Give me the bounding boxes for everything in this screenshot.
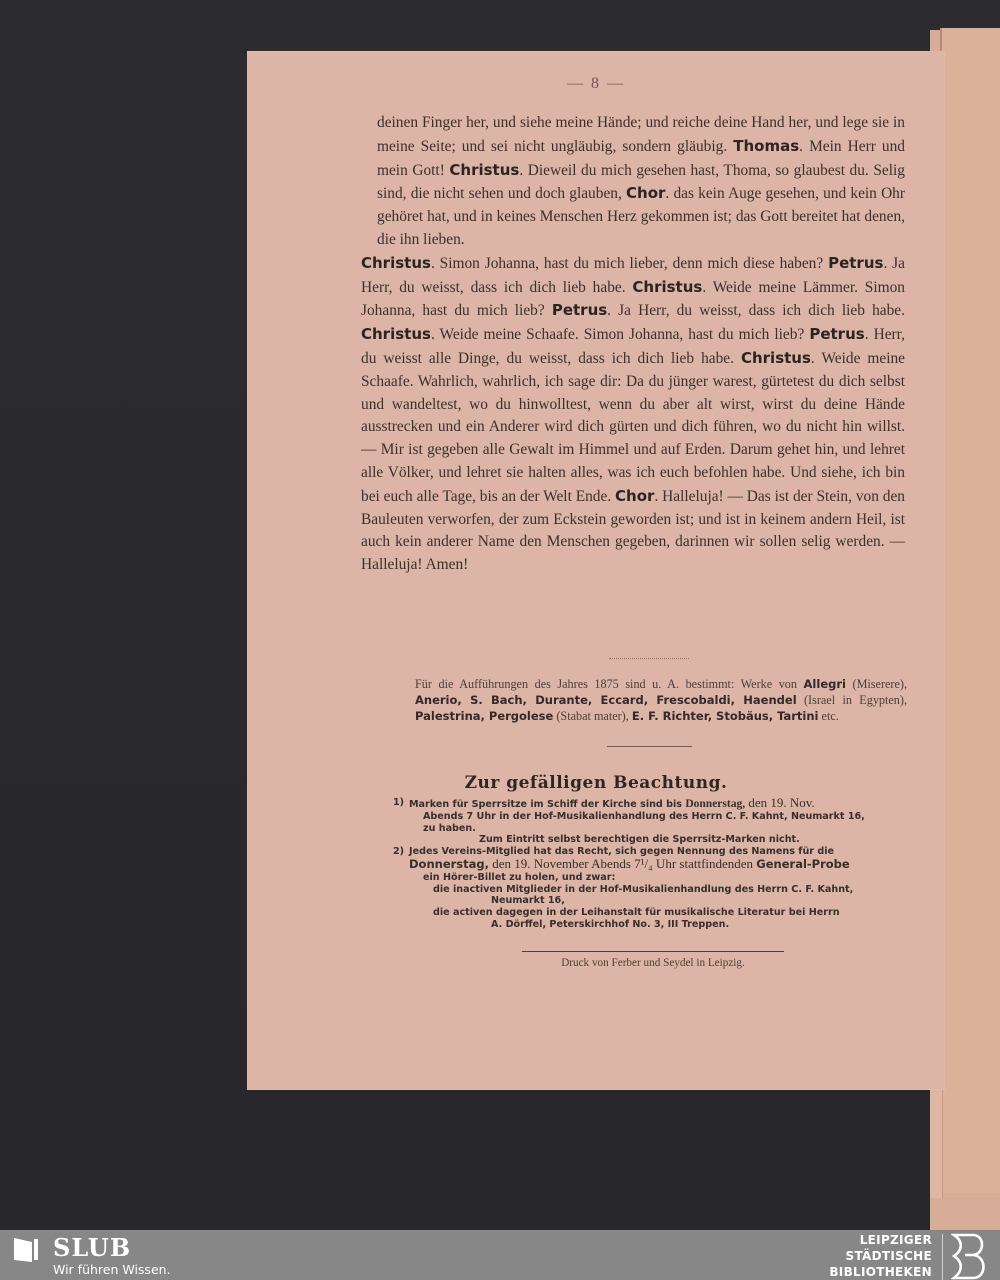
notice-text: Marken für Sperrsitze im Schiff der Kirc… <box>409 799 685 810</box>
composer-names: Anerio, S. Bach, Durante, Eccard, Fresco… <box>415 693 797 707</box>
speaker-name: Christus <box>632 278 702 296</box>
notice-item-1: 1) Marken für Sperrsitze im Schiff der K… <box>409 797 909 811</box>
speaker-name: Petrus <box>828 254 883 272</box>
notice-text: zu haben. <box>409 823 909 835</box>
leipzig-library-logo-icon[interactable] <box>951 1233 991 1280</box>
speaker-christus: Christus <box>361 254 431 272</box>
performances-note-text: Für die Aufführungen des Jahres 1875 sin… <box>387 676 907 724</box>
notice-text: die inactiven Mitglieder in der Hof-Musi… <box>409 884 909 896</box>
brand-line: BIBLIOTHEKEN <box>829 1264 932 1280</box>
notice-date: den 19. November Abends 7¹/₄ Uhr stattfi… <box>489 856 756 871</box>
general-probe-label: General-Probe <box>756 857 849 871</box>
notice-text: ein Hörer-Billet zu holen, und zwar: <box>409 872 909 884</box>
brand-line: STÄDTISCHE <box>829 1248 932 1264</box>
ornamental-rule <box>609 655 689 659</box>
notice-date-day: Donnerstag, <box>409 857 489 871</box>
speaker-name: Chor <box>615 487 654 505</box>
imprint-rule <box>522 951 784 952</box>
notice-text: die activen dagegen in der Leihanstalt f… <box>409 907 909 919</box>
notice-text-line: Donnerstag, den 19. November Abends 7¹/₄… <box>409 858 909 872</box>
speaker-name: Thomas <box>733 137 799 155</box>
paragraph-1: deinen Finger her, und siehe meine Hände… <box>377 112 905 252</box>
libretto-text: deinen Finger her, und siehe meine Hände… <box>377 112 905 577</box>
speaker-name: Petrus <box>552 301 607 319</box>
document-page: — 8 — deinen Finger her, und siehe meine… <box>247 51 945 1090</box>
paragraph-2: Christus. Simon Johanna, hast du mich li… <box>361 252 905 577</box>
speaker-name: Petrus <box>809 325 864 343</box>
back-page-edge-fold <box>940 28 1000 1193</box>
printer-imprint: Druck von Ferber und Seydel in Leipzig. <box>522 957 784 969</box>
page-number: — 8 — <box>247 75 945 93</box>
slub-brand[interactable]: SLUB <box>53 1234 131 1262</box>
brand-separator <box>942 1234 943 1280</box>
composer-names: E. F. Richter, Stobäus, Tartini <box>632 709 819 723</box>
viewer-footer-bar: SLUB Wir führen Wissen. LEIPZIGER STÄDTI… <box>0 1230 1000 1280</box>
performances-note: Für die Aufführungen des Jahres 1875 sin… <box>387 676 907 724</box>
slub-tagline: Wir führen Wissen. <box>53 1262 171 1278</box>
notice-date: den 19. Nov. <box>745 795 815 810</box>
section-divider <box>607 746 692 747</box>
item-number: 1) <box>393 797 404 809</box>
slub-logo-icon[interactable] <box>14 1236 40 1262</box>
speaker-name: Christus <box>741 349 811 367</box>
speaker-name: Chor <box>626 184 665 202</box>
notice-text: Zum Eintritt selbst berechtigen die Sper… <box>409 834 909 846</box>
item-number: 2) <box>393 846 404 858</box>
speaker-name: Christus <box>361 325 431 343</box>
notice-date-day: Donnerstag, <box>685 798 745 810</box>
composer-names: Palestrina, Pergolese <box>415 709 553 723</box>
leipzig-library-brand[interactable]: LEIPZIGER STÄDTISCHE BIBLIOTHEKEN <box>829 1232 932 1280</box>
paragraph-2-body: . Simon Johanna, hast du mich lieber, de… <box>361 255 905 573</box>
notice-text: Neumarkt 16, <box>409 895 909 907</box>
composer-names: Allegri <box>804 677 846 691</box>
back-page-lower-edge <box>930 1088 943 1198</box>
notice-list: 1) Marken für Sperrsitze im Schiff der K… <box>409 797 909 931</box>
notice-text: A. Dörffel, Peterskirchhof No. 3, III Tr… <box>409 919 909 931</box>
notice-title: Zur gefälligen Beachtung. <box>247 773 945 793</box>
speaker-name: Christus <box>449 161 519 179</box>
notice-text: Abends 7 Uhr in der Hof-Musikalienhandlu… <box>409 811 909 823</box>
brand-line: LEIPZIGER <box>829 1232 932 1248</box>
